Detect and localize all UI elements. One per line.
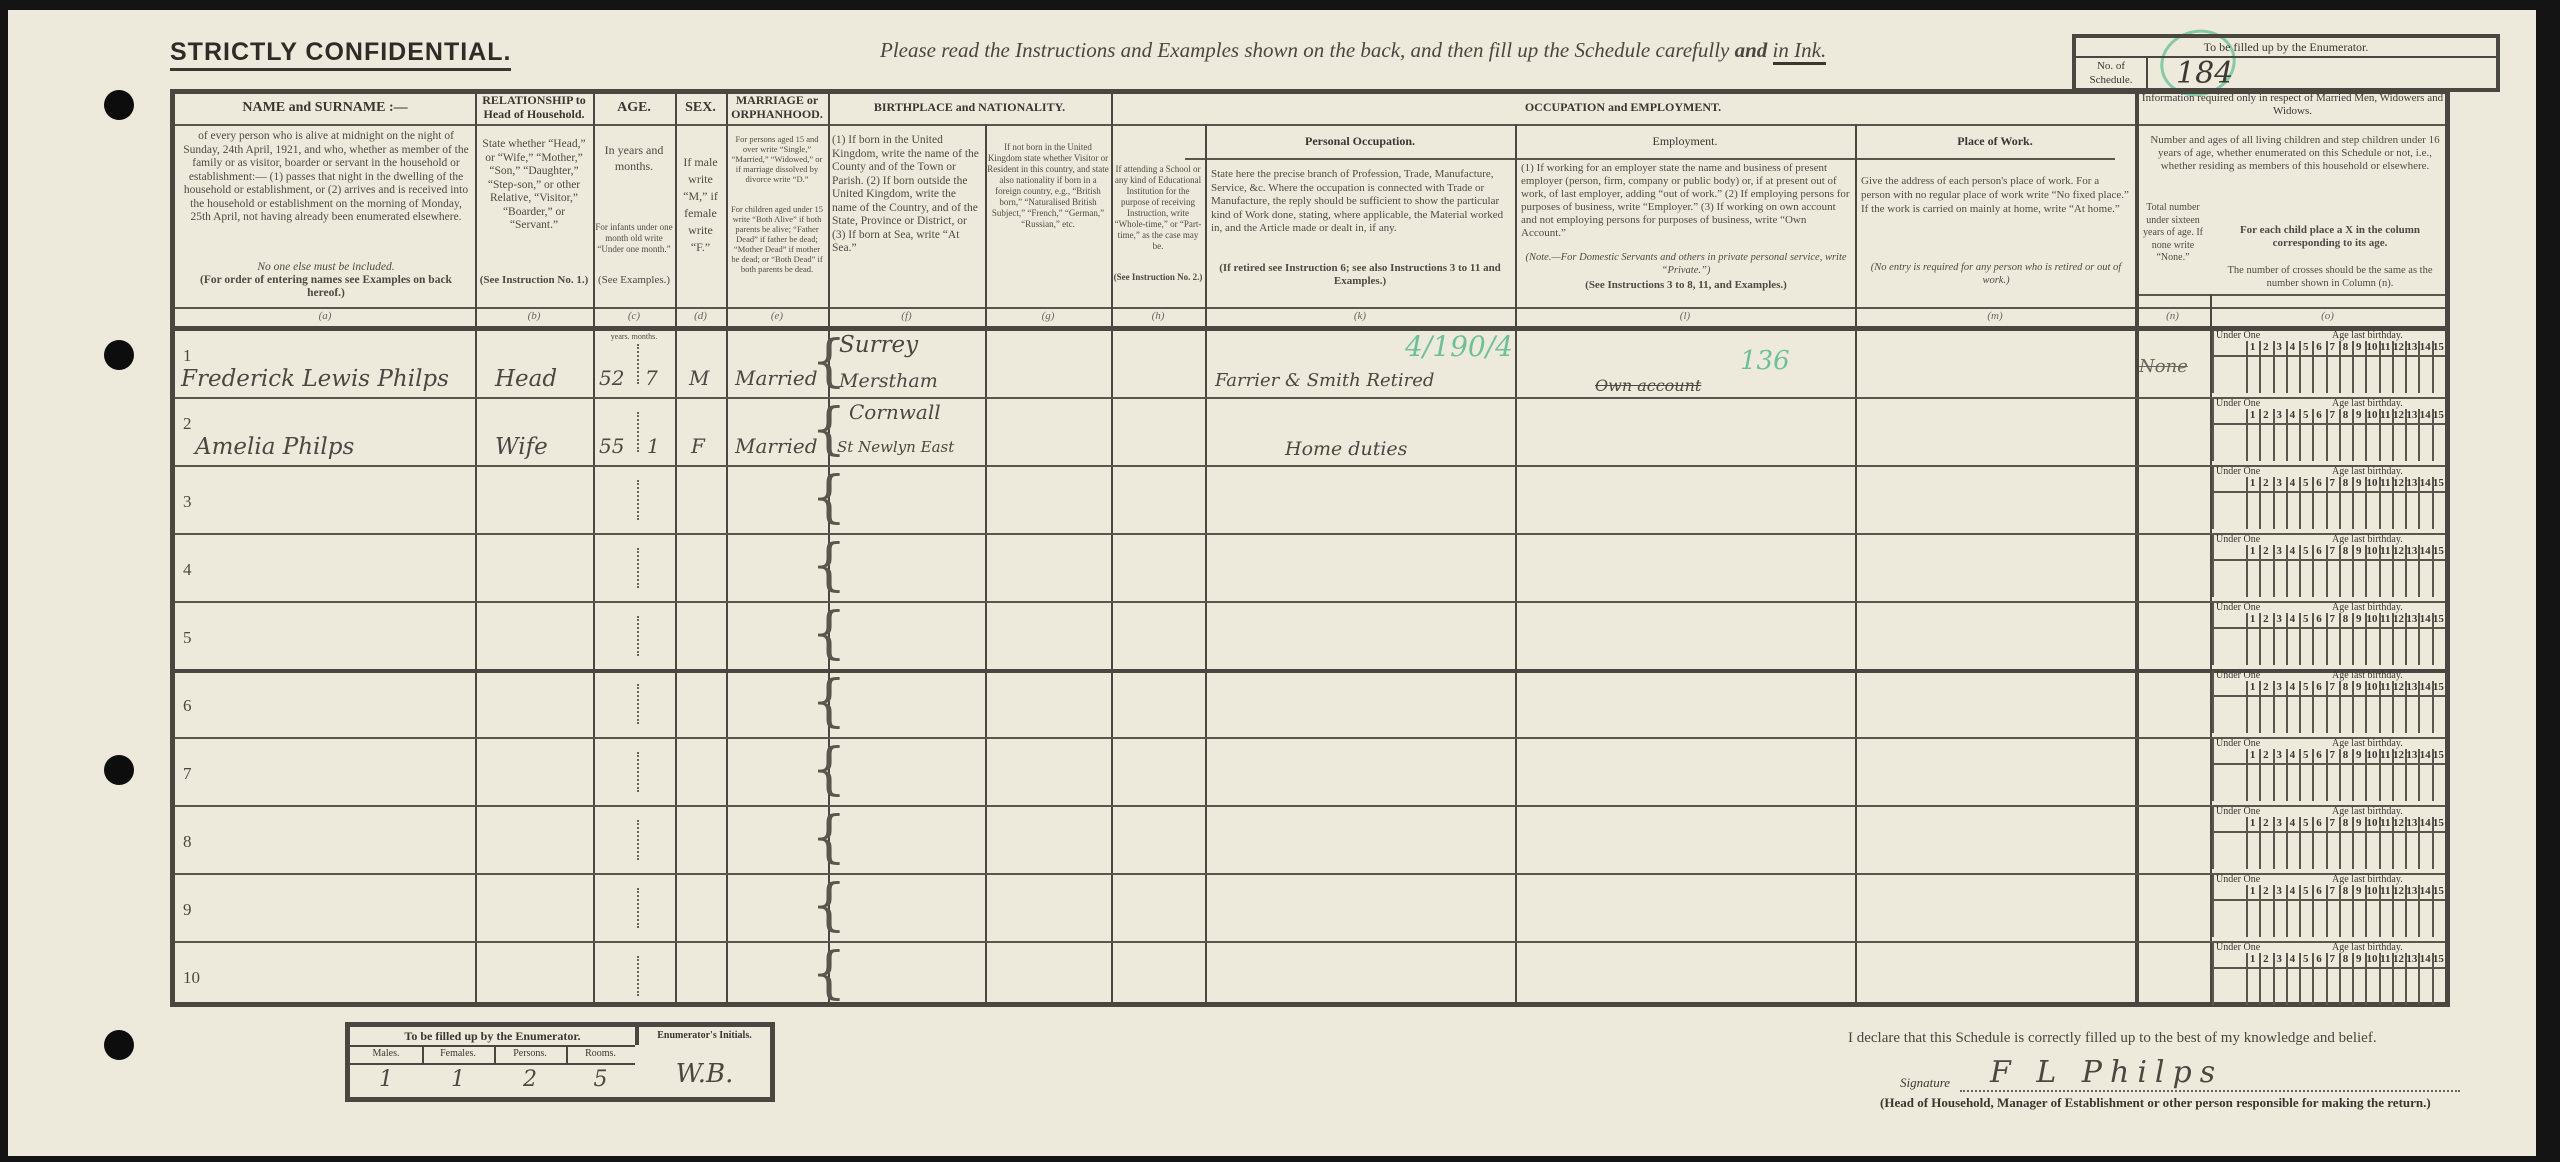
row-number: 4 xyxy=(183,560,192,580)
age-column-label: 10 xyxy=(2365,341,2378,353)
col-letter-n: (n) xyxy=(2135,310,2210,322)
row2-occupation[interactable]: Home duties xyxy=(1285,438,1407,460)
age-column-label: 6 xyxy=(2312,409,2325,421)
age-column-label: 3 xyxy=(2273,817,2286,829)
females-count[interactable]: 1 xyxy=(422,1067,494,1092)
age-cell[interactable] xyxy=(2259,561,2272,597)
age-column-label: 3 xyxy=(2273,749,2286,761)
age-cell[interactable] xyxy=(2352,629,2365,665)
age-column-label: 9 xyxy=(2352,545,2365,557)
rooms-count[interactable]: 5 xyxy=(566,1067,635,1092)
age-cell[interactable] xyxy=(2299,765,2312,801)
row1-employment[interactable]: Own account xyxy=(1595,376,1701,395)
age-cell[interactable] xyxy=(2405,493,2418,529)
age-column-label: 2 xyxy=(2259,613,2272,625)
age-cell[interactable] xyxy=(2339,969,2352,1005)
age-cell[interactable] xyxy=(2352,425,2365,461)
age-cell[interactable] xyxy=(2352,697,2365,733)
age-cell[interactable] xyxy=(2365,901,2378,937)
age-caption: Age last birthday. xyxy=(2332,874,2403,885)
under-one-label: Under One xyxy=(2216,398,2260,409)
age-cell[interactable] xyxy=(2379,561,2392,597)
age-cell[interactable] xyxy=(2352,901,2365,937)
under-one-label: Under One xyxy=(2216,738,2260,749)
age-column-label: 8 xyxy=(2339,885,2352,897)
age-column-label: 14 xyxy=(2418,885,2431,897)
age-cell[interactable] xyxy=(2246,765,2259,801)
age-column-label: 7 xyxy=(2326,545,2339,557)
age-cell[interactable] xyxy=(2326,629,2339,665)
age-column-label: 12 xyxy=(2392,749,2405,761)
age-cell[interactable] xyxy=(2246,561,2259,597)
age-cell[interactable] xyxy=(2392,697,2405,733)
age-column-label: 1 xyxy=(2246,817,2259,829)
age-cell[interactable] xyxy=(2259,697,2272,733)
col-employment-title: Employment. xyxy=(1515,134,1855,149)
col-letter-b: (b) xyxy=(475,310,593,322)
age-column-label: 5 xyxy=(2299,953,2312,965)
age-cell[interactable] xyxy=(2299,969,2312,1005)
enumerator-initials[interactable]: W.B. xyxy=(639,1059,770,1089)
age-cell[interactable] xyxy=(2312,901,2325,937)
age-cell[interactable] xyxy=(2299,629,2312,665)
age-cell[interactable] xyxy=(2312,697,2325,733)
age-column-label: 14 xyxy=(2418,477,2431,489)
age-cell[interactable] xyxy=(2365,561,2378,597)
age-cell[interactable] xyxy=(2352,357,2365,393)
females-label: Females. xyxy=(422,1045,496,1065)
age-cell[interactable] xyxy=(2432,629,2445,665)
age-cell[interactable] xyxy=(2339,493,2352,529)
males-count[interactable]: 1 xyxy=(350,1067,422,1092)
age-cell[interactable] xyxy=(2286,833,2299,869)
age-cell[interactable] xyxy=(2246,969,2259,1005)
row1-age-years[interactable]: 52 xyxy=(599,366,624,390)
col-employment-note: (See Instructions 3 to 8, 11, and Exampl… xyxy=(1521,278,1851,293)
age-cell[interactable] xyxy=(2246,697,2259,733)
age-column-label: 12 xyxy=(2392,613,2405,625)
punch-hole xyxy=(104,340,134,370)
age-cell[interactable] xyxy=(2286,561,2299,597)
age-cell[interactable] xyxy=(2246,357,2259,393)
age-cell[interactable] xyxy=(2352,561,2365,597)
age-cell[interactable] xyxy=(2259,493,2272,529)
col-letter-d: (d) xyxy=(675,310,726,322)
row1-sex[interactable]: M xyxy=(689,366,709,390)
age-column-label: 3 xyxy=(2273,341,2286,353)
age-column-label: 4 xyxy=(2286,885,2299,897)
age-column-label: 15 xyxy=(2432,817,2445,829)
age-cell[interactable] xyxy=(2259,629,2272,665)
col-age-title: AGE. xyxy=(593,100,675,116)
age-cell[interactable] xyxy=(2339,629,2352,665)
age-cell[interactable] xyxy=(2405,833,2418,869)
col-children-title: Information required only in respect of … xyxy=(2140,92,2445,118)
age-column-label: 12 xyxy=(2392,545,2405,557)
age-cell[interactable] xyxy=(2339,357,2352,393)
age-cell[interactable] xyxy=(2312,357,2325,393)
age-cell[interactable] xyxy=(2286,969,2299,1005)
row1-occupation-code: 4/190/4 xyxy=(1405,330,1513,363)
row2-name[interactable]: Amelia Philps xyxy=(195,434,354,460)
age-cell[interactable] xyxy=(2286,425,2299,461)
age-cell[interactable] xyxy=(2286,765,2299,801)
age-column-label: 13 xyxy=(2405,817,2418,829)
age-column-label: 15 xyxy=(2432,953,2445,965)
under-one-label: Under One xyxy=(2216,330,2260,341)
age-cell[interactable] xyxy=(2246,901,2259,937)
age-column-label: 9 xyxy=(2352,953,2365,965)
age-column-label: 2 xyxy=(2259,749,2272,761)
age-column-label: 4 xyxy=(2286,477,2299,489)
age-cell[interactable] xyxy=(2392,561,2405,597)
age-column-label: 10 xyxy=(2365,613,2378,625)
col-personal-occupation-note: (If retired see Instruction 6; see also … xyxy=(1211,262,1509,288)
age-column-label: 7 xyxy=(2326,749,2339,761)
row-number: 3 xyxy=(183,492,192,512)
age-column-label: 12 xyxy=(2392,681,2405,693)
age-cell[interactable] xyxy=(2326,493,2339,529)
age-cell[interactable] xyxy=(2273,765,2286,801)
age-cell[interactable] xyxy=(2365,765,2378,801)
persons-label: Persons. xyxy=(494,1045,568,1065)
col-children-o-note: The number of crosses should be the same… xyxy=(2215,264,2445,290)
age-cell[interactable] xyxy=(2365,697,2378,733)
age-cell[interactable] xyxy=(2432,901,2445,937)
row1-occupation[interactable]: Farrier & Smith Retired xyxy=(1215,370,1434,391)
row2-relationship[interactable]: Wife xyxy=(495,434,548,460)
age-column-label: 11 xyxy=(2379,613,2392,625)
age-cell[interactable] xyxy=(2273,901,2286,937)
age-column-label: 1 xyxy=(2246,409,2259,421)
age-column-label: 8 xyxy=(2339,749,2352,761)
age-column-label: 10 xyxy=(2365,477,2378,489)
age-column-label: 7 xyxy=(2326,817,2339,829)
age-column-label: 7 xyxy=(2326,477,2339,489)
col-employment-note-italic: (Note.—For Domestic Servants and others … xyxy=(1521,252,1851,277)
age-cell[interactable] xyxy=(2432,833,2445,869)
age-cell[interactable] xyxy=(2405,765,2418,801)
age-column-label: 14 xyxy=(2418,749,2431,761)
age-column-label: 1 xyxy=(2246,749,2259,761)
age-cell[interactable] xyxy=(2418,765,2431,801)
age-cell[interactable] xyxy=(2405,969,2418,1005)
age-cell[interactable] xyxy=(2286,357,2299,393)
col-marriage-instructions: For persons aged 15 and over write “Sing… xyxy=(729,134,825,184)
age-cell[interactable] xyxy=(2273,969,2286,1005)
age-cell[interactable] xyxy=(2299,561,2312,597)
age-cell[interactable] xyxy=(2339,425,2352,461)
col-birthplace-f-instructions: (1) If born in the United Kingdom, write… xyxy=(832,134,982,256)
age-cell[interactable] xyxy=(2405,425,2418,461)
age-cell[interactable] xyxy=(2379,901,2392,937)
age-cell[interactable] xyxy=(2299,833,2312,869)
age-grid: Under OneAge last birthday.1234567891011… xyxy=(2212,397,2445,463)
col-place-of-work-note: (No entry is required for any person who… xyxy=(1861,262,2131,287)
row2-birthplace-town[interactable]: St Newlyn East xyxy=(837,438,954,456)
row1-children-total[interactable]: None xyxy=(2139,356,2188,377)
age-cell[interactable] xyxy=(2432,493,2445,529)
age-column-label: 11 xyxy=(2379,817,2392,829)
age-column-label: 13 xyxy=(2405,749,2418,761)
age-cell[interactable] xyxy=(2273,425,2286,461)
age-cell[interactable] xyxy=(2418,493,2431,529)
col-letter-h: (h) xyxy=(1111,310,1205,322)
age-column-label: 13 xyxy=(2405,409,2418,421)
age-cell[interactable] xyxy=(2432,425,2445,461)
age-cell[interactable] xyxy=(2352,833,2365,869)
age-column-label: 1 xyxy=(2246,613,2259,625)
row2-marriage[interactable]: Married xyxy=(735,434,818,458)
age-column-label: 8 xyxy=(2339,341,2352,353)
age-cell[interactable] xyxy=(2352,493,2365,529)
age-cell[interactable] xyxy=(2246,493,2259,529)
age-cell[interactable] xyxy=(2299,901,2312,937)
age-cell[interactable] xyxy=(2339,765,2352,801)
age-column-label: 15 xyxy=(2432,613,2445,625)
enumerator-initials-label: Enumerator's Initials. xyxy=(635,1027,770,1045)
age-cell[interactable] xyxy=(2286,697,2299,733)
age-cell[interactable] xyxy=(2339,833,2352,869)
age-cell[interactable] xyxy=(2392,493,2405,529)
age-cell[interactable] xyxy=(2299,697,2312,733)
age-column-label: 1 xyxy=(2246,681,2259,693)
under-one-label: Under One xyxy=(2216,942,2260,953)
top-instructions: Please read the Instructions and Example… xyxy=(880,38,1826,63)
age-cell[interactable] xyxy=(2326,833,2339,869)
age-cell[interactable] xyxy=(2418,629,2431,665)
age-cell[interactable] xyxy=(2286,493,2299,529)
age-cell[interactable] xyxy=(2339,697,2352,733)
age-column-label: 6 xyxy=(2312,953,2325,965)
age-cell[interactable] xyxy=(2312,969,2325,1005)
persons-count[interactable]: 2 xyxy=(494,1067,566,1092)
age-column-label: 5 xyxy=(2299,477,2312,489)
age-column-label: 4 xyxy=(2286,953,2299,965)
age-cell[interactable] xyxy=(2392,833,2405,869)
age-cell[interactable] xyxy=(2392,357,2405,393)
age-cell[interactable] xyxy=(2365,493,2378,529)
under-one-label: Under One xyxy=(2216,602,2260,613)
col-children-o-instructions: For each child place a X in the column c… xyxy=(2215,224,2445,250)
schedule-box-heading: To be filled up by the Enumerator. xyxy=(2076,38,2496,58)
age-cell[interactable] xyxy=(2299,425,2312,461)
age-cell[interactable] xyxy=(2352,969,2365,1005)
age-cell[interactable] xyxy=(2312,561,2325,597)
age-cell[interactable] xyxy=(2339,561,2352,597)
row1-age-months[interactable]: 7 xyxy=(645,366,658,390)
age-cell[interactable] xyxy=(2365,629,2378,665)
row1-relationship[interactable]: Head xyxy=(495,366,557,392)
col-letter-c: (c) xyxy=(593,310,675,322)
age-cell[interactable] xyxy=(2273,493,2286,529)
row2-age-years[interactable]: 55 xyxy=(599,434,624,458)
age-cell[interactable] xyxy=(2246,425,2259,461)
age-column-label: 8 xyxy=(2339,953,2352,965)
row1-marriage[interactable]: Married xyxy=(735,366,818,390)
signature-label: Signature xyxy=(1900,1075,1950,1091)
age-cell[interactable] xyxy=(2379,425,2392,461)
age-grid: Under OneAge last birthday.1234567891011… xyxy=(2212,805,2445,871)
age-cell[interactable] xyxy=(2365,425,2378,461)
age-cell[interactable] xyxy=(2365,357,2378,393)
age-cell[interactable] xyxy=(2432,969,2445,1005)
col-birthplace-title: BIRTHPLACE and NATIONALITY. xyxy=(828,100,1111,115)
age-cell[interactable] xyxy=(2352,765,2365,801)
age-column-label: 11 xyxy=(2379,341,2392,353)
age-column-label: 8 xyxy=(2339,681,2352,693)
row1-birthplace-town[interactable]: Merstham xyxy=(839,370,938,392)
age-cell[interactable] xyxy=(2365,969,2378,1005)
age-column-label: 9 xyxy=(2352,341,2365,353)
age-column-label: 3 xyxy=(2273,953,2286,965)
age-column-label: 6 xyxy=(2312,613,2325,625)
age-cell[interactable] xyxy=(2405,357,2418,393)
age-column-label: 10 xyxy=(2365,749,2378,761)
age-cell[interactable] xyxy=(2379,629,2392,665)
age-column-label: 5 xyxy=(2299,613,2312,625)
age-cell[interactable] xyxy=(2326,697,2339,733)
age-cell[interactable] xyxy=(2259,357,2272,393)
age-cell[interactable] xyxy=(2339,901,2352,937)
age-cell[interactable] xyxy=(2299,493,2312,529)
age-cell[interactable] xyxy=(2312,425,2325,461)
row1-birthplace-county[interactable]: Surrey xyxy=(839,332,918,358)
age-cell[interactable] xyxy=(2432,561,2445,597)
age-cell[interactable] xyxy=(2365,833,2378,869)
age-cell[interactable] xyxy=(2259,901,2272,937)
age-cell[interactable] xyxy=(2326,357,2339,393)
age-cell[interactable] xyxy=(2432,765,2445,801)
age-caption: Age last birthday. xyxy=(2332,330,2403,341)
signature-value[interactable]: F L Philps xyxy=(1990,1055,2223,1090)
age-cell[interactable] xyxy=(2405,561,2418,597)
age-cell[interactable] xyxy=(2405,629,2418,665)
age-cell[interactable] xyxy=(2418,833,2431,869)
row2-sex[interactable]: F xyxy=(691,434,705,458)
col-relationship-note: (See Instruction No. 1.) xyxy=(479,274,589,287)
signature-line xyxy=(1960,1090,2460,1092)
age-cell[interactable] xyxy=(2418,425,2431,461)
age-cell[interactable] xyxy=(2392,425,2405,461)
age-cell[interactable] xyxy=(2259,425,2272,461)
age-cell[interactable] xyxy=(2392,629,2405,665)
col-relationship-title: RELATIONSHIP to Head of Household. xyxy=(475,93,593,121)
age-column-label: 9 xyxy=(2352,409,2365,421)
age-cell[interactable] xyxy=(2418,561,2431,597)
age-grid: Under OneAge last birthday.1234567891011… xyxy=(2212,601,2445,667)
col-name-title: NAME and SURNAME :— xyxy=(175,100,475,116)
age-cell[interactable] xyxy=(2405,697,2418,733)
age-cell[interactable] xyxy=(2326,765,2339,801)
col-letter-f: (f) xyxy=(828,310,985,322)
age-grid: Under OneAge last birthday.1234567891011… xyxy=(2212,533,2445,599)
age-column-label: 3 xyxy=(2273,885,2286,897)
age-cell[interactable] xyxy=(2273,357,2286,393)
age-cell[interactable] xyxy=(2286,629,2299,665)
age-cell[interactable] xyxy=(2326,901,2339,937)
col-birthplace-g-instructions: If not born in the United Kingdom state … xyxy=(987,142,1109,230)
age-cell[interactable] xyxy=(2418,357,2431,393)
age-column-label: 12 xyxy=(2392,953,2405,965)
age-cell[interactable] xyxy=(2432,357,2445,393)
age-column-label: 14 xyxy=(2418,341,2431,353)
age-cell[interactable] xyxy=(2273,697,2286,733)
age-cell[interactable] xyxy=(2259,765,2272,801)
age-cell[interactable] xyxy=(2326,969,2339,1005)
age-cell[interactable] xyxy=(2312,493,2325,529)
row2-birthplace-county[interactable]: Cornwall xyxy=(849,400,941,424)
col-name-instructions: of every person who is alive at midnight… xyxy=(181,130,471,225)
row2-age-months[interactable]: 1 xyxy=(647,434,660,458)
age-cell[interactable] xyxy=(2392,969,2405,1005)
age-cell[interactable] xyxy=(2326,561,2339,597)
age-cell[interactable] xyxy=(2246,833,2259,869)
age-cell[interactable] xyxy=(2379,697,2392,733)
instructions-bold: and xyxy=(1735,38,1768,62)
age-cell[interactable] xyxy=(2418,697,2431,733)
age-column-label: 12 xyxy=(2392,885,2405,897)
age-column-label: 14 xyxy=(2418,409,2431,421)
age-cell[interactable] xyxy=(2418,969,2431,1005)
age-column-label: 12 xyxy=(2392,409,2405,421)
age-cell[interactable] xyxy=(2273,629,2286,665)
under-one-label: Under One xyxy=(2216,806,2260,817)
age-grid: Under OneAge last birthday.1234567891011… xyxy=(2212,873,2445,939)
age-cell[interactable] xyxy=(2259,833,2272,869)
age-cell[interactable] xyxy=(2392,901,2405,937)
age-column-label: 14 xyxy=(2418,817,2431,829)
age-column-label: 5 xyxy=(2299,749,2312,761)
age-cell[interactable] xyxy=(2259,969,2272,1005)
age-column-label: 2 xyxy=(2259,545,2272,557)
age-cell[interactable] xyxy=(2432,697,2445,733)
age-cell[interactable] xyxy=(2418,901,2431,937)
age-cell[interactable] xyxy=(2312,629,2325,665)
age-cell[interactable] xyxy=(2379,357,2392,393)
row-number: 7 xyxy=(183,764,192,784)
age-column-label: 3 xyxy=(2273,477,2286,489)
age-column-label: 3 xyxy=(2273,613,2286,625)
age-column-label: 15 xyxy=(2432,749,2445,761)
row1-name[interactable]: Frederick Lewis Philps xyxy=(181,366,449,392)
rooms-label: Rooms. xyxy=(566,1045,635,1065)
age-column-label: 10 xyxy=(2365,409,2378,421)
age-cell[interactable] xyxy=(2405,901,2418,937)
age-column-label: 11 xyxy=(2379,749,2392,761)
age-cell[interactable] xyxy=(2312,833,2325,869)
age-cell[interactable] xyxy=(2312,765,2325,801)
age-cell[interactable] xyxy=(2286,901,2299,937)
age-caption: Age last birthday. xyxy=(2332,942,2403,953)
punch-hole xyxy=(104,90,134,120)
age-cell[interactable] xyxy=(2299,357,2312,393)
age-cell[interactable] xyxy=(2379,969,2392,1005)
age-cell[interactable] xyxy=(2326,425,2339,461)
age-column-label: 5 xyxy=(2299,885,2312,897)
age-cell[interactable] xyxy=(2273,561,2286,597)
age-cell[interactable] xyxy=(2379,493,2392,529)
row-number: 2 xyxy=(183,414,192,434)
age-grid: Under OneAge last birthday.1234567891011… xyxy=(2212,941,2445,1007)
age-cell[interactable] xyxy=(2246,629,2259,665)
age-cell[interactable] xyxy=(2379,765,2392,801)
age-cell[interactable] xyxy=(2273,833,2286,869)
age-cell[interactable] xyxy=(2379,833,2392,869)
age-grid: Under OneAge last birthday.1234567891011… xyxy=(2212,737,2445,803)
age-cell[interactable] xyxy=(2392,765,2405,801)
age-caption: Age last birthday. xyxy=(2332,670,2403,681)
